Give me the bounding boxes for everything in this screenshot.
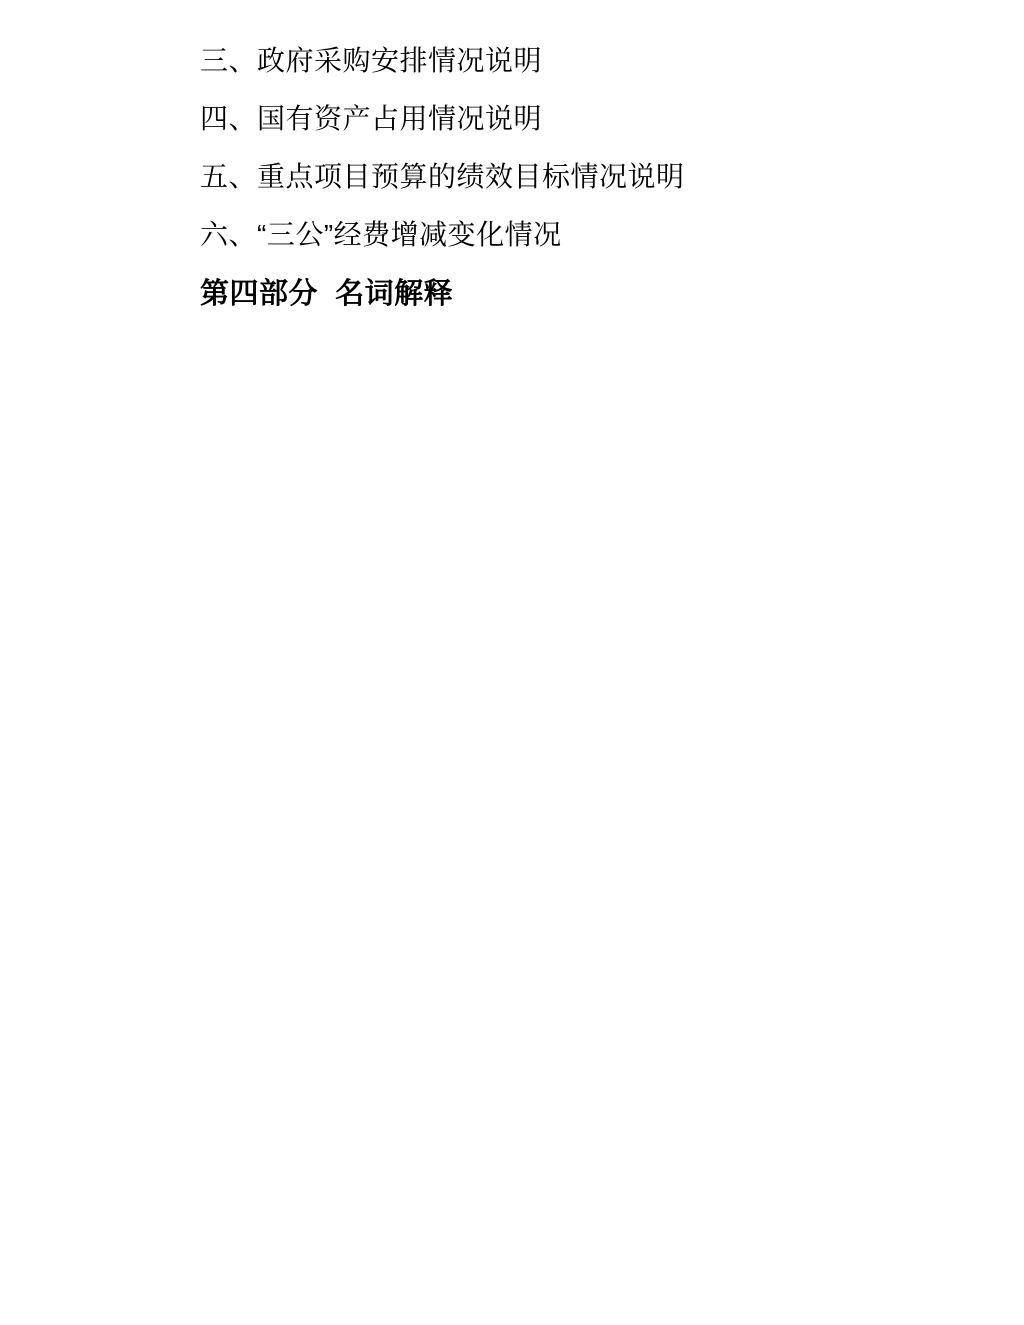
toc-item-state-owned-assets: 四、国有资产占用情况说明 [200, 105, 964, 133]
toc-item-government-procurement: 三、政府采购安排情况说明 [200, 47, 964, 75]
section-heading-part-four: 第四部分 名词解释 [200, 279, 964, 309]
toc-item-key-project-performance: 五、重点项目预算的绩效目标情况说明 [200, 163, 964, 191]
toc-item-three-public-expenses: 六、“三公”经费增减变化情况 [200, 221, 964, 249]
document-page: 三、政府采购安排情况说明 四、国有资产占用情况说明 五、重点项目预算的绩效目标情… [200, 47, 964, 309]
